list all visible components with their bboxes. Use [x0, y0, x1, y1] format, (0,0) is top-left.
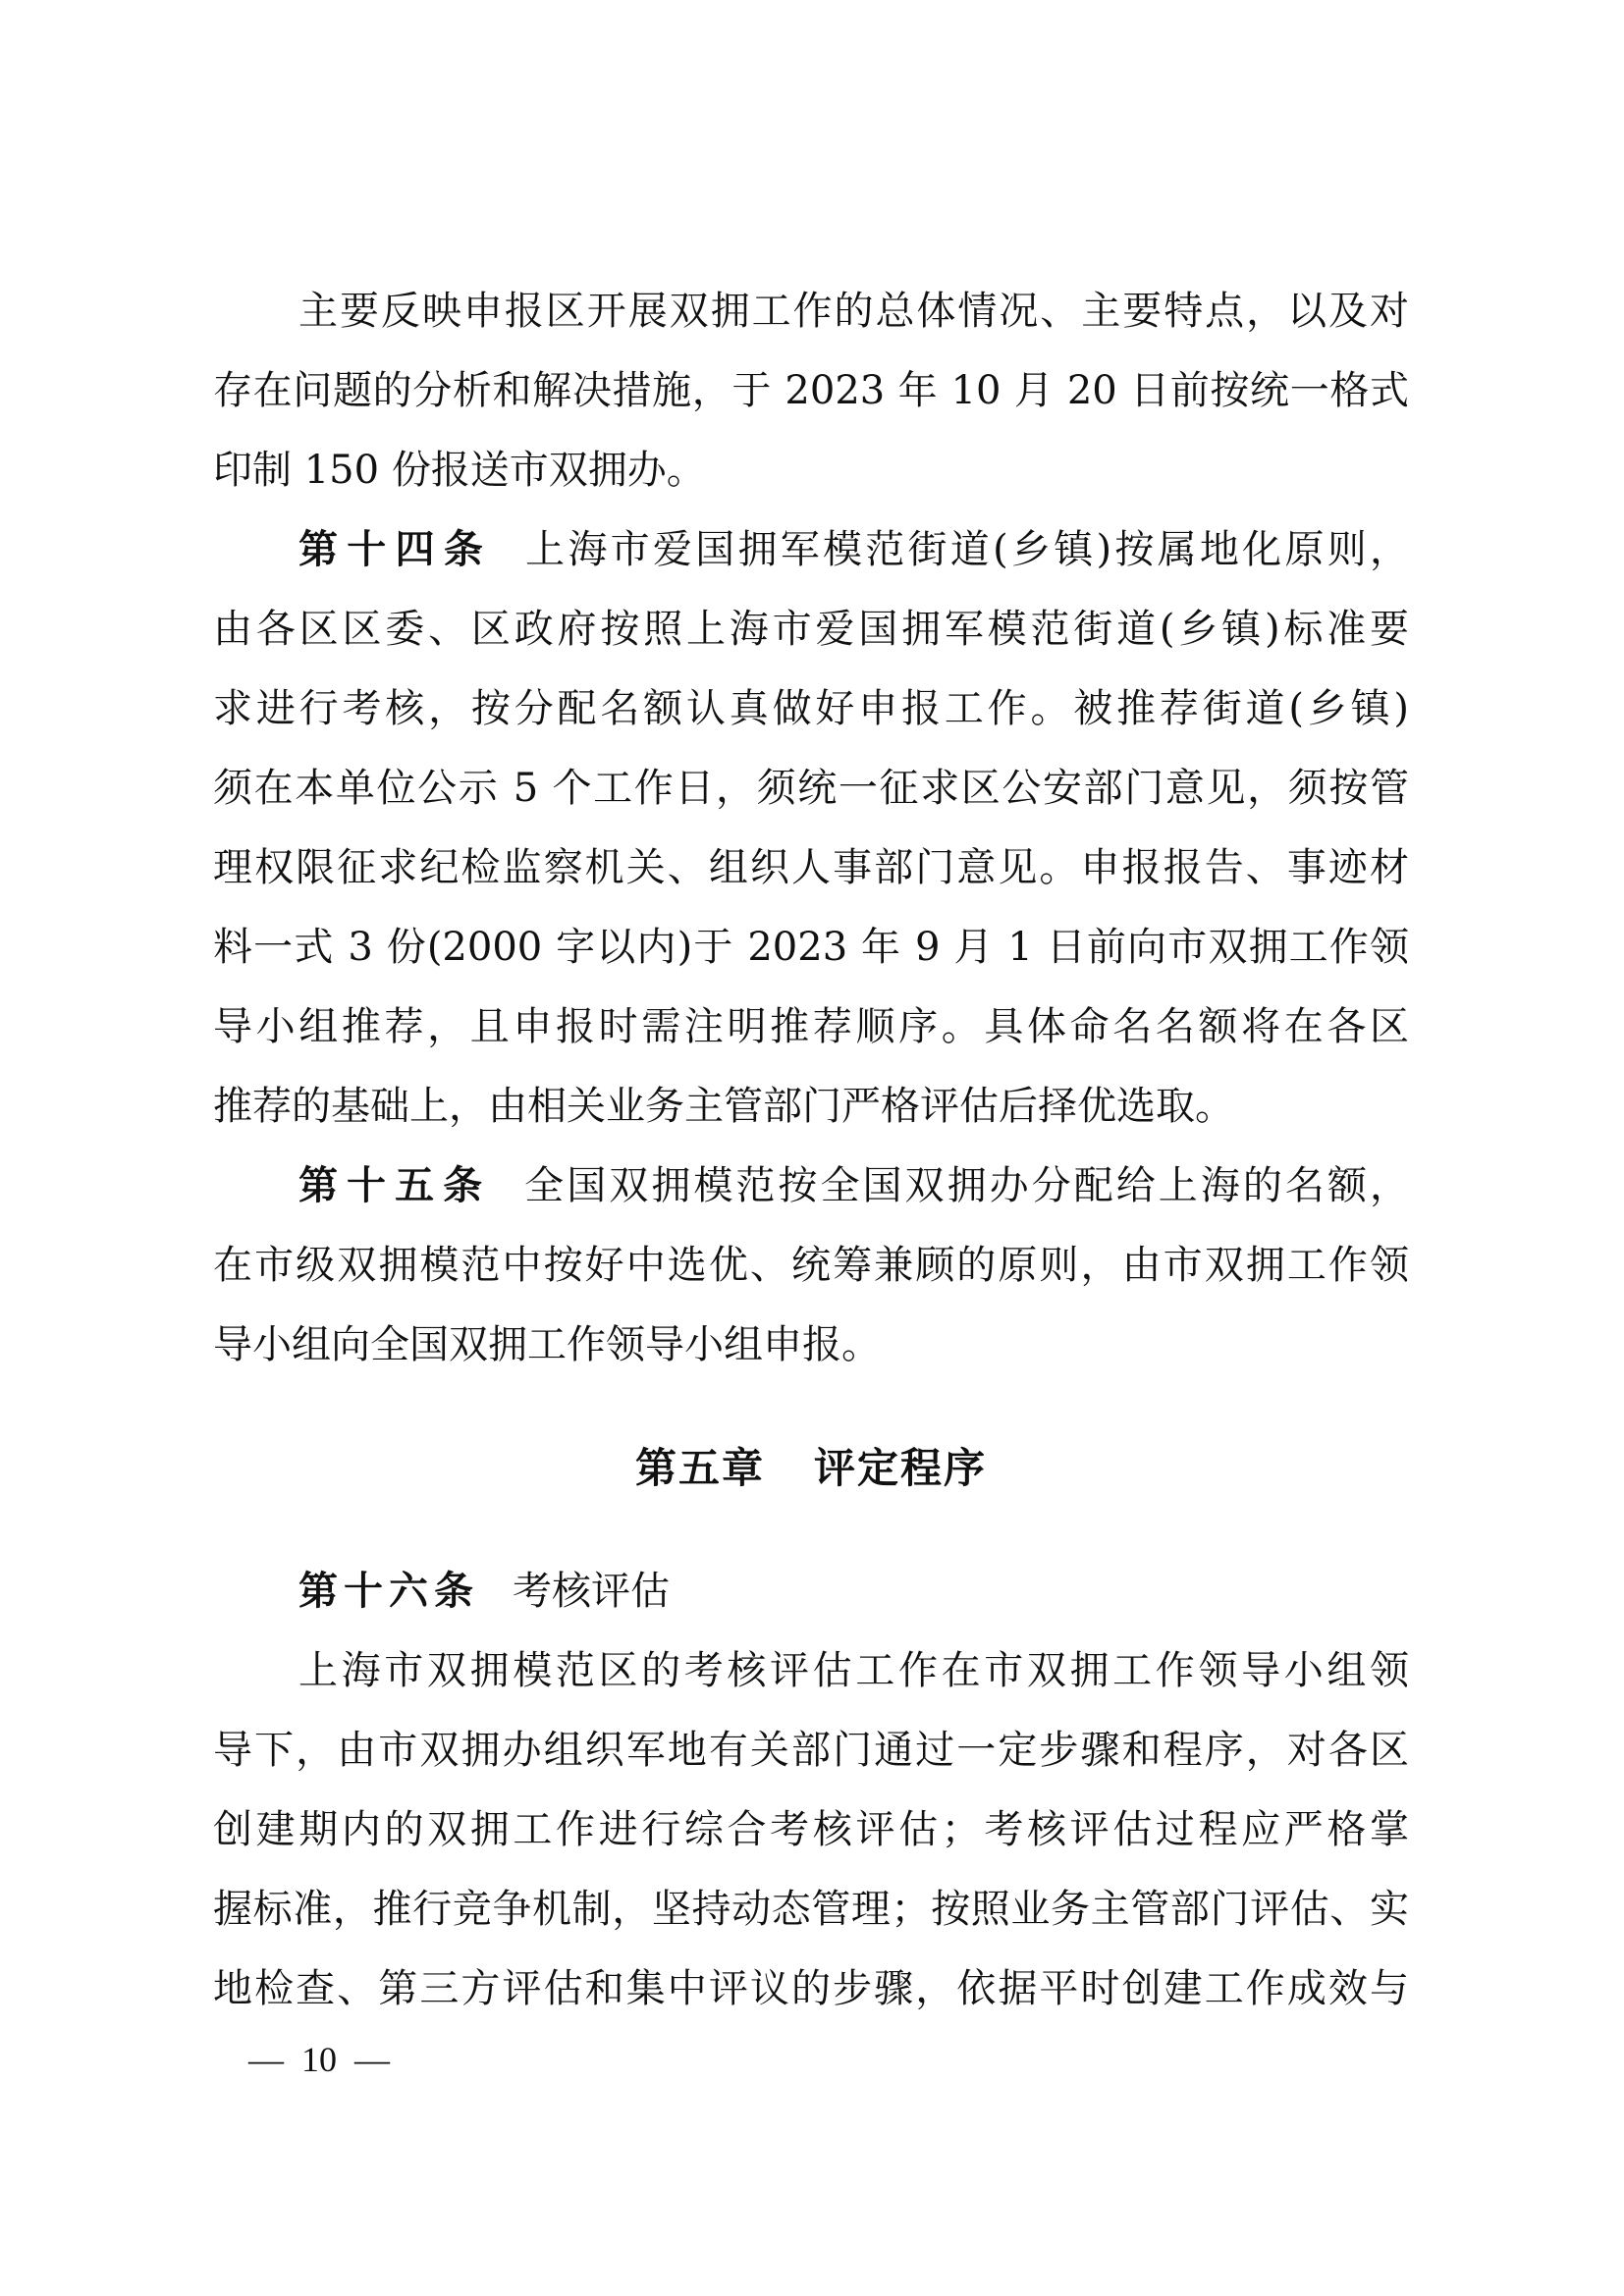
article-15-first-line: 第十五条全国双拥模范按全国双拥办分配给上海的名额， — [298, 1156, 1409, 1215]
chapter-heading: 第五章评定程序 — [213, 1439, 1409, 1498]
paragraph-line: 地检查、第三方评估和集中评议的步骤，依据平时创建工作成效与 — [213, 1959, 1409, 2018]
paragraph-line: 上海市双拥模范区的考核评估工作在市双拥工作领导小组领 — [298, 1641, 1409, 1700]
paragraph-line: 导小组推荐，且申报时需注明推荐顺序。具体命名名额将在各区 — [213, 997, 1409, 1056]
chapter-title: 评定程序 — [814, 1444, 987, 1492]
paragraph-line: 须在本单位公示 5 个工作日，须统一征求区公安部门意见，须按管 — [213, 759, 1409, 818]
article-16-label: 第十六条 — [298, 1568, 479, 1614]
article-14-text: 上海市爱国拥军模范街道(乡镇)按属地化原则， — [525, 527, 1409, 572]
article-14-first-line: 第十四条上海市爱国拥军模范街道(乡镇)按属地化原则， — [298, 520, 1409, 579]
paragraph-line: 导下，由市双拥办组织军地有关部门通过一定步骤和程序，对各区 — [213, 1721, 1409, 1780]
document-page: 主要反映申报区开展双拥工作的总体情况、主要特点，以及对 存在问题的分析和解决措施… — [0, 0, 1624, 2296]
paragraph-line: 存在问题的分析和解决措施，于 2023 年 10 月 20 日前按统一格式 — [213, 361, 1409, 420]
article-14-label: 第十四条 — [298, 526, 492, 572]
paragraph-line: 导小组向全国双拥工作领导小组申报。 — [213, 1315, 1409, 1374]
article-15-text: 全国双拥模范按全国双拥办分配给上海的名额， — [524, 1163, 1409, 1208]
paragraph-line: 在市级双拥模范中按好中选优、统筹兼顾的原则，由市双拥工作领 — [213, 1236, 1409, 1295]
paragraph-line: 理权限征求纪检监察机关、组织人事部门意见。申报报告、事迹材 — [213, 838, 1409, 897]
paragraph-line: 握标准，推行竞争机制，坚持动态管理；按照业务主管部门评估、实 — [213, 1880, 1409, 1939]
page-number: — 10 — — [248, 2040, 390, 2079]
paragraph-line: 印制 150 份报送市双拥办。 — [213, 441, 1409, 500]
paragraph-line: 求进行考核，按分配名额认真做好申报工作。被推荐街道(乡镇) — [213, 679, 1409, 738]
paragraph-line: 推荐的基础上，由相关业务主管部门严格评估后择优选取。 — [213, 1077, 1409, 1136]
article-16-heading: 第十六条考核评估 — [298, 1562, 1409, 1621]
paragraph-line: 主要反映申报区开展双拥工作的总体情况、主要特点，以及对 — [298, 282, 1409, 341]
article-15-label: 第十五条 — [298, 1162, 491, 1208]
paragraph-line: 由各区区委、区政府按照上海市爱国拥军模范街道(乡镇)标准要 — [213, 600, 1409, 659]
paragraph-line: 创建期内的双拥工作进行综合考核评估；考核评估过程应严格掌 — [213, 1800, 1409, 1859]
chapter-number: 第五章 — [635, 1444, 765, 1492]
article-16-title: 考核评估 — [513, 1569, 670, 1614]
paragraph-line: 料一式 3 份(2000 字以内)于 2023 年 9 月 1 日前向市双拥工作… — [213, 918, 1409, 977]
